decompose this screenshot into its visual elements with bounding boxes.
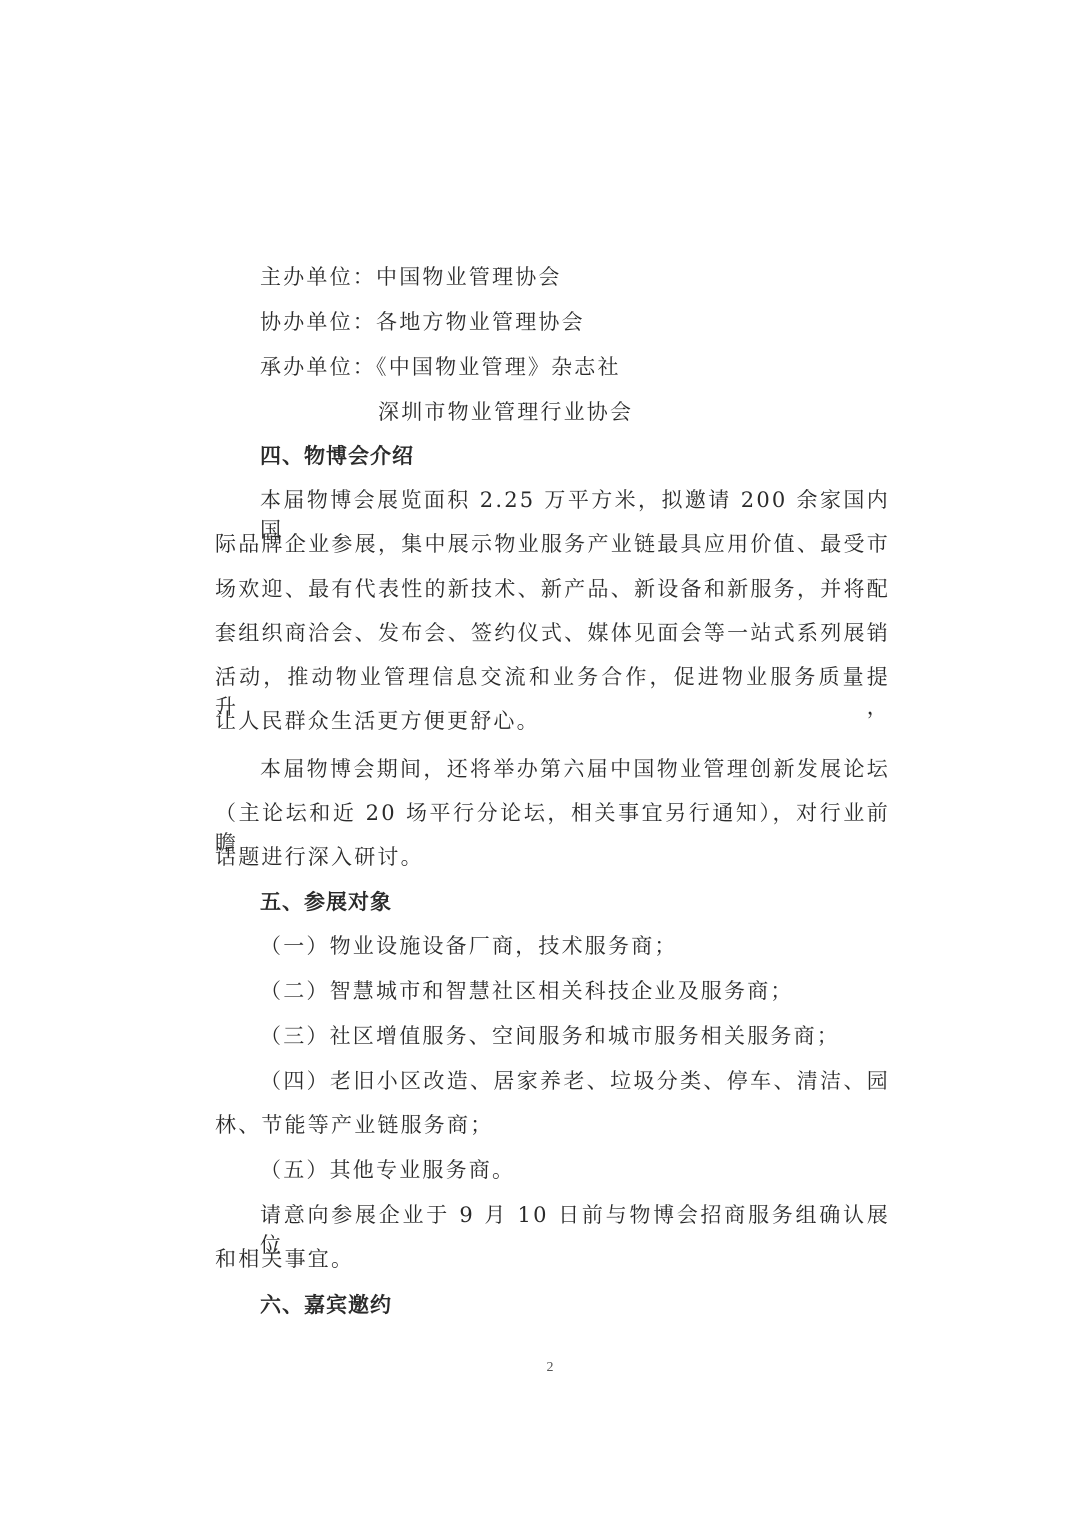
section-4-para2-line: 本届物博会期间，还将举办第六届中国物业管理创新发展论坛	[260, 754, 890, 784]
organizer-co-host: 协办单位：各地方物业管理协会	[260, 307, 890, 337]
section-4-para1-line: 套组织商洽会、发布会、签约仪式、媒体见面会等一站式系列展销	[215, 618, 890, 648]
section-5-heading: 五、参展对象	[260, 887, 890, 917]
organizer-undertaker-value: 《中国物业管理》杂志社	[376, 355, 621, 379]
section-4-para1-line: 际品牌企业参展，集中展示物业服务产业链最具应用价值、最受市	[215, 529, 890, 559]
section-4-heading: 四、物博会介绍	[260, 441, 890, 471]
section-5-note-line: 和相关事宜。	[215, 1244, 890, 1274]
section-5-item: （四）老旧小区改造、居家养老、垃圾分类、停车、清洁、园	[260, 1066, 890, 1096]
organizer-host: 主办单位：中国物业管理协会	[260, 262, 890, 292]
organizer-undertaker: 承办单位：《中国物业管理》杂志社	[260, 352, 890, 382]
section-4-para2-line: 话题进行深入研讨。	[215, 842, 890, 872]
section-6-heading: 六、嘉宾邀约	[260, 1290, 890, 1320]
section-5-item: （五）其他专业服务商。	[260, 1155, 890, 1185]
document-page: 主办单位：中国物业管理协会 协办单位：各地方物业管理协会 承办单位：《中国物业管…	[0, 0, 1080, 1528]
organizer-co-host-label: 协办单位：	[260, 310, 376, 334]
section-5-item: （三）社区增值服务、空间服务和城市服务相关服务商；	[260, 1021, 890, 1051]
organizer-co-host-value: 各地方物业管理协会	[376, 310, 585, 334]
section-5-item: （一）物业设施设备厂商，技术服务商；	[260, 931, 890, 961]
organizer-host-value: 中国物业管理协会	[376, 265, 562, 289]
section-4-para1-line: 场欢迎、最有代表性的新技术、新产品、新设备和新服务，并将配	[215, 574, 890, 604]
organizer-undertaker-label: 承办单位：	[260, 355, 376, 379]
section-4-para1-line: 让人民群众生活更方便更舒心。	[215, 706, 890, 736]
page-number: 2	[540, 1360, 560, 1376]
organizer-host-label: 主办单位：	[260, 265, 376, 289]
section-5-item: 林、节能等产业链服务商；	[215, 1110, 890, 1140]
organizer-undertaker-extra: 深圳市物业管理行业协会	[378, 397, 1053, 427]
section-5-item: （二）智慧城市和智慧社区相关科技企业及服务商；	[260, 976, 890, 1006]
